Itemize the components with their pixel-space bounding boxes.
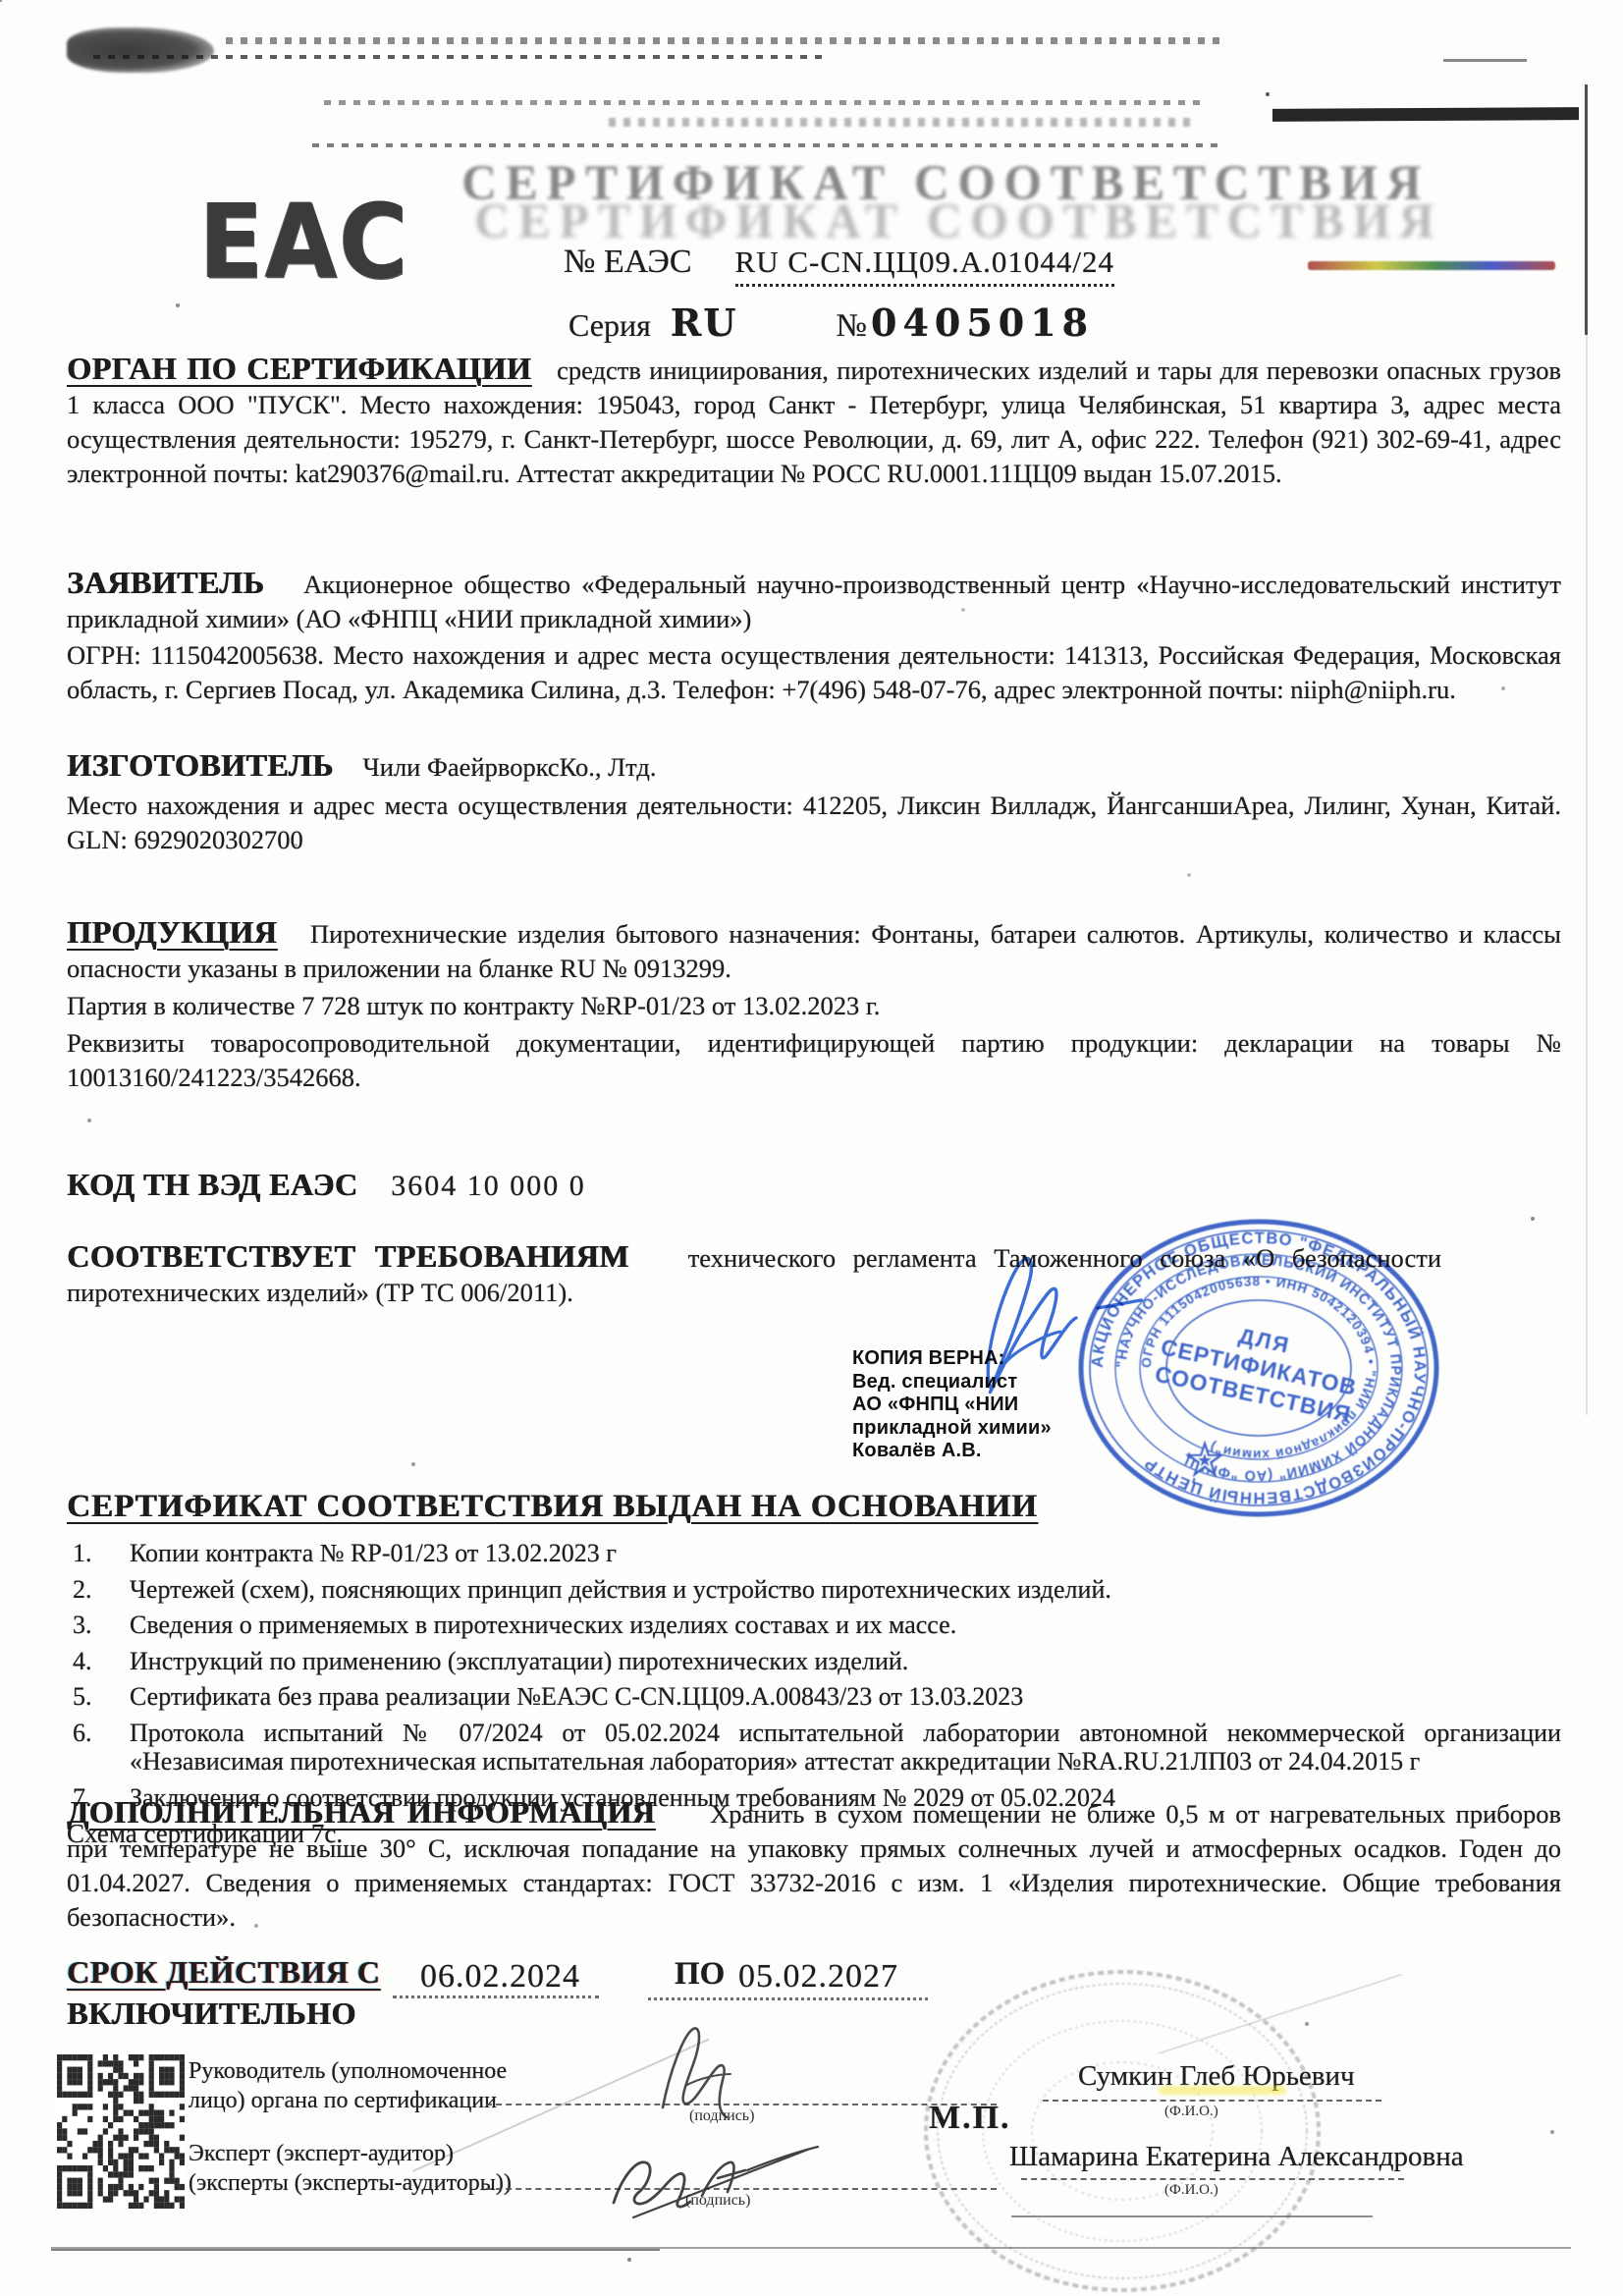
bottom-rule <box>1011 2215 1373 2217</box>
certificate-number-row: № ЕАЭС RU C-CN.ЦЦ09.A.01044/24 <box>564 244 1114 281</box>
product-heading: ПРОДУКЦИЯ <box>67 914 277 950</box>
bottom-page-edge-dark <box>51 2249 660 2251</box>
validity-to-underline <box>648 1997 928 2000</box>
scan-smear-artifact <box>67 27 214 73</box>
section-applicant: ЗАЯВИТЕЛЬАкционерное общество «Федеральн… <box>67 566 1561 707</box>
scan-highlight-artifact <box>1159 2086 1286 2095</box>
scan-edge-line <box>1586 335 1588 1415</box>
validity-from-underline <box>393 1995 599 1998</box>
head-name-line <box>1043 2100 1381 2102</box>
svg-text:★: ★ <box>1197 1450 1213 1471</box>
scan-streak-artifact <box>93 55 825 59</box>
series-value: RU <box>671 301 738 345</box>
manufacturer-name: Чили ФаейрворксКо., Лтд. <box>363 752 657 782</box>
certificate-number-value: RU C-CN.ЦЦ09.A.01044/24 <box>735 245 1114 287</box>
scan-streak-artifact <box>324 100 1208 105</box>
validity-inclusive: ВКЛЮЧИТЕЛЬНО <box>67 1995 356 2032</box>
section-manufacturer: ИЗГОТОВИТЕЛЬЧили ФаейрворксКо., Лтд. Мес… <box>67 748 1561 857</box>
validity-heading: СРОК ДЕЙСТВИЯ С <box>67 1954 380 1990</box>
series-label: Серия <box>568 307 651 343</box>
stamp-star-icon: ★ ★ ★ <box>1182 1431 1228 1490</box>
scan-bar-artifact <box>1443 59 1527 62</box>
section-product: ПРОДУКЦИЯПиротехнические изделия бытовог… <box>67 915 1561 1095</box>
blank-number-label: № <box>837 308 868 344</box>
expert-fio-caption: (Ф.И.О.) <box>1164 2182 1218 2199</box>
validity-to-date: 05.02.2027 <box>738 1958 898 1995</box>
ghost-title-echo: СЕРТИФИКАТ СООТВЕТСТВИЯ <box>474 193 1442 250</box>
faded-round-stamp <box>911 1962 1333 2296</box>
additional-info-heading: ДОПОЛНИТЕЛЬНАЯ ИНФОРМАЦИЯ <box>67 1794 655 1830</box>
section-tnved-code: КОД ТН ВЭД ЕАЭС3604 10 000 0 <box>67 1167 586 1203</box>
product-text: Пиротехнические изделия бытового назначе… <box>67 919 1561 983</box>
eac-logo: ЕАС <box>199 184 409 302</box>
copy-block-line: Ковалёв А.В. <box>852 1440 1063 1463</box>
basis-heading: СЕРТИФИКАТ СООТВЕТСТВИЯ ВЫДАН НА ОСНОВАН… <box>67 1489 1038 1524</box>
series-row: Серия RU № 0405018 <box>568 301 1094 345</box>
qr-code <box>57 2054 185 2209</box>
scan-rainbow-artifact <box>1308 261 1555 270</box>
basis-list: 1.Копии контракта № RP-01/23 от 13.02.20… <box>67 1539 1561 1812</box>
expert-signature-ink <box>574 2109 869 2247</box>
applicant-ogrn-text: ОГРН: 1115042005638. Место нахождения и … <box>67 638 1561 707</box>
copy-block-line: прикладной химии» <box>852 1417 1063 1441</box>
manufacturer-heading: ИЗГОТОВИТЕЛЬ <box>67 747 334 783</box>
certification-body-heading: ОРГАН ПО СЕРТИФИКАЦИИ <box>67 351 531 386</box>
validity-row: СРОК ДЕЙСТВИЯ С <box>67 1954 380 1991</box>
head-fio-caption: (Ф.И.О.) <box>1164 2104 1218 2120</box>
product-batch-text: Партия в количестве 7 728 штук по контра… <box>67 989 1561 1023</box>
scan-streak-artifact <box>312 143 1220 147</box>
validity-from-date: 06.02.2024 <box>420 1958 580 1995</box>
basis-item: 1.Копии контракта № RP-01/23 от 13.02.20… <box>67 1539 1561 1568</box>
complies-heading: СООТВЕТСТВУЕТ ТРЕБОВАНИЯМ <box>67 1238 629 1274</box>
scan-speckles <box>0 0 2 2</box>
section-additional-info: ДОПОЛНИТЕЛЬНАЯ ИНФОРМАЦИЯХранить в сухом… <box>67 1795 1561 1935</box>
scan-streak-artifact <box>609 118 1198 127</box>
basis-item: 5.Сертификата без права реализации №ЕАЭС… <box>67 1682 1561 1712</box>
organization-round-stamp: АКЦИОНЕРНОЕ ОБЩЕСТВО "ФЕДЕРАЛЬНЫЙ НАУЧНО… <box>1065 1210 1453 1526</box>
validity-to-label: ПО <box>675 1956 725 1993</box>
tnved-code-value: 3604 10 000 0 <box>391 1170 586 1202</box>
expert-name-line <box>1021 2178 1404 2180</box>
applicant-text: Акционерное общество «Федеральный научно… <box>67 570 1561 633</box>
basis-item: 3.Сведения о применяемых в пиротехническ… <box>67 1611 1561 1640</box>
scan-streak-artifact <box>226 37 1222 44</box>
applicant-heading: ЗАЯВИТЕЛЬ <box>67 565 264 600</box>
basis-item: 2.Чертежей (схем), поясняющих принцип де… <box>67 1575 1561 1605</box>
scan-bar-artifact <box>1272 107 1579 122</box>
basis-item: 6.Протокола испытаний № 07/2024 от 05.02… <box>67 1719 1561 1777</box>
manufacturer-address: Место нахождения и адрес места осуществл… <box>67 789 1561 857</box>
scan-edge-line <box>1585 84 1588 335</box>
expert-signer-name: Шамарина Екатерина Александровна <box>1009 2141 1464 2173</box>
basis-item: 4.Инструкций по применению (эксплуатации… <box>67 1647 1561 1676</box>
head-signer-label: Руководитель (уполномоченное лицо) орган… <box>189 2056 517 2115</box>
section-certification-body: ОРГАН ПО СЕРТИФИКАЦИИсредств инициирован… <box>67 352 1561 491</box>
certificate-page: ЕАС СЕРТИФИКАТ СООТВЕТСТВИЯ СЕРТИФИКАТ С… <box>0 0 1623 2296</box>
blank-number-value: 0405018 <box>871 301 1094 345</box>
tnved-heading: КОД ТН ВЭД ЕАЭС <box>67 1167 357 1202</box>
certificate-number-label: № ЕАЭС <box>564 244 692 280</box>
product-docs-text: Реквизиты товаросопроводительной докумен… <box>67 1026 1561 1095</box>
